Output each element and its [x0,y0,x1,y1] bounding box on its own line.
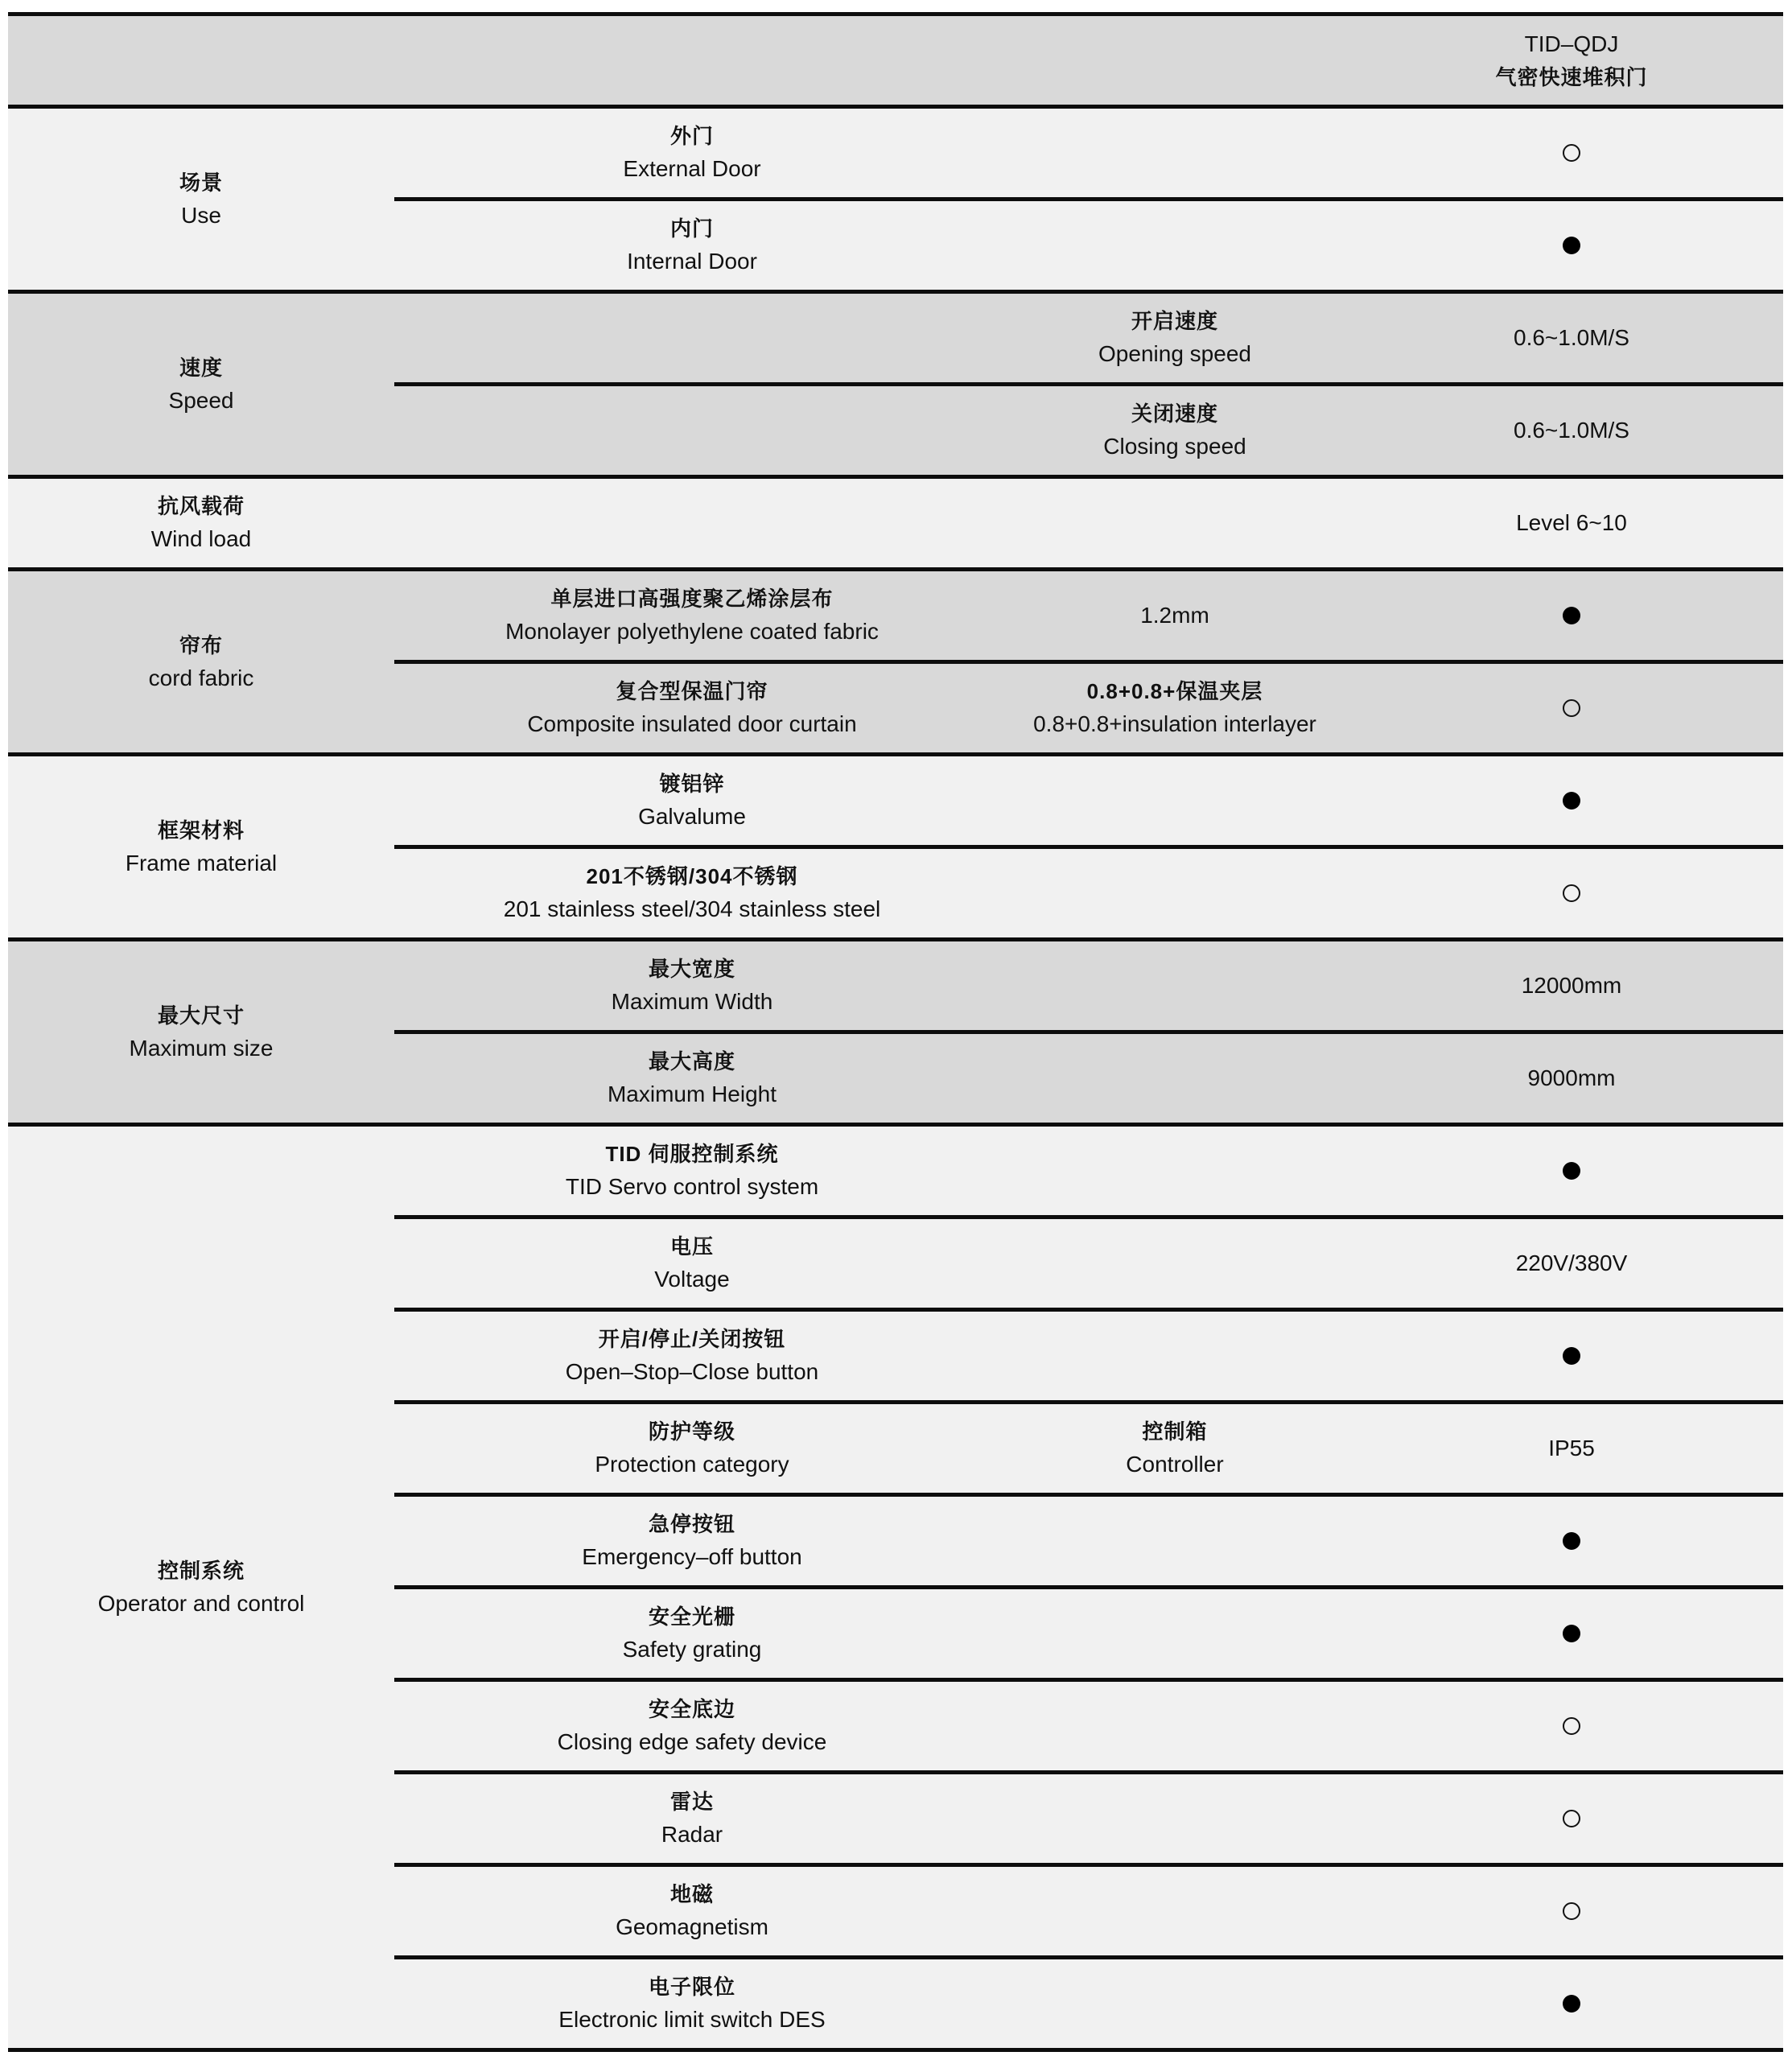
open-circle-icon [1563,144,1580,162]
item-cell: 复合型保温门帘Composite insulated door curtain [394,664,990,752]
item-cell: 201不锈钢/304不锈钢201 stainless steel/304 sta… [394,849,990,937]
category-cell: 抗风载荷Wind load [8,479,394,567]
filled-circle-icon [1563,1347,1580,1365]
item-cell: 雷达Radar [394,1774,990,1863]
sub-rows: Level 6~10 [394,479,1783,567]
value-cell [1360,1682,1783,1770]
value-cell [1360,1589,1783,1678]
spec-table: TID–QDJ 气密快速堆积门 场景Use外门External Door内门In… [8,12,1783,2052]
category-label-en: Wind load [151,522,252,556]
spec-cell [990,1034,1360,1123]
category-cell: 最大尺寸Maximum size [8,941,394,1123]
category-label-en: Frame material [126,847,277,880]
item-label-zh: 安全底边 [649,1693,735,1725]
section-operator-and-control: 控制系统Operator and controlTID 伺服控制系统TID Se… [8,1123,1783,2052]
open-circle-icon [1563,699,1580,717]
item-label-en: Composite insulated door curtain [527,707,856,741]
open-circle-icon [1563,1810,1580,1827]
sub-rows: TID 伺服控制系统TID Servo control system电压Volt… [394,1127,1783,2048]
category-label-zh: 控制系统 [158,1555,245,1587]
category-label-en: Use [181,199,221,233]
item-cell: 急停按钮Emergency–off button [394,1497,990,1585]
item-label-zh: 201不锈钢/304不锈钢 [587,860,798,892]
spec-cell [990,756,1360,845]
open-circle-icon [1563,1902,1580,1920]
value-text: 12000mm [1522,970,1622,1002]
item-cell: 外门External Door [394,109,990,197]
table-body: 场景Use外门External Door内门Internal Door速度Spe… [8,105,1783,2052]
table-row: 雷达Radar [394,1770,1783,1863]
value-cell [1360,1774,1783,1863]
table-row: 急停按钮Emergency–off button [394,1493,1783,1585]
sub-rows: 单层进口高强度聚乙烯涂层布Monolayer polyethylene coat… [394,571,1783,752]
value-cell: 220V/380V [1360,1219,1783,1308]
section-frame-material: 框架材料Frame material镀铝锌Galvalume201不锈钢/304… [8,752,1783,937]
spec-label-zh: 0.8+0.8+保温夹层 [1087,675,1263,707]
sub-rows: 外门External Door内门Internal Door [394,109,1783,290]
item-label-zh: 开启/停止/关闭按钮 [599,1323,785,1355]
item-label-zh: 防护等级 [649,1415,735,1448]
category-cell: 帘布cord fabric [8,571,394,752]
filled-circle-icon [1563,792,1580,810]
item-cell: 最大高度Maximum Height [394,1034,990,1123]
item-label-zh: 最大高度 [649,1045,735,1077]
category-label-en: Speed [169,384,234,418]
value-text: 9000mm [1528,1062,1616,1094]
item-cell: TID 伺服控制系统TID Servo control system [394,1127,990,1215]
item-cell: 开启/停止/关闭按钮Open–Stop–Close button [394,1312,990,1400]
spec-cell [990,1682,1360,1770]
filled-circle-icon [1563,1625,1580,1642]
spec-cell [990,1589,1360,1678]
item-label-zh: 电子限位 [649,1971,735,2003]
item-cell [394,386,990,475]
item-label-en: Maximum Width [612,985,773,1019]
item-label-zh: 电压 [670,1230,714,1263]
item-label-zh: 镀铝锌 [659,768,724,800]
item-label-en: Maximum Height [608,1077,777,1111]
item-label-en: Internal Door [627,245,757,278]
table-row: TID 伺服控制系统TID Servo control system [394,1127,1783,1215]
value-text: 0.6~1.0M/S [1514,322,1629,354]
item-label-zh: TID 伺服控制系统 [605,1138,778,1170]
table-row: 镀铝锌Galvalume [394,756,1783,845]
item-label-en: TID Servo control system [566,1170,818,1204]
table-row: 开启/停止/关闭按钮Open–Stop–Close button [394,1308,1783,1400]
model-code: TID–QDJ [1525,27,1619,61]
table-row: 电压Voltage220V/380V [394,1215,1783,1308]
filled-circle-icon [1563,237,1580,254]
open-circle-icon [1563,1717,1580,1735]
category-label-zh: 速度 [179,352,223,384]
model-name: 气密快速堆积门 [1495,61,1647,93]
spec-cell [990,849,1360,937]
item-label-zh: 内门 [670,212,714,245]
filled-circle-icon [1563,1995,1580,2013]
table-row: 开启速度Opening speed0.6~1.0M/S [394,294,1783,382]
item-cell: 安全底边Closing edge safety device [394,1682,990,1770]
spec-label-zh: 1.2mm [1140,599,1209,632]
value-cell [1360,664,1783,752]
filled-circle-icon [1563,607,1580,624]
item-label-zh: 急停按钮 [649,1508,735,1540]
item-cell: 最大宽度Maximum Width [394,941,990,1030]
section-cord-fabric: 帘布cord fabric单层进口高强度聚乙烯涂层布Monolayer poly… [8,567,1783,752]
spec-cell [990,479,1360,567]
item-label-zh: 外门 [670,120,714,152]
item-label-en: Emergency–off button [582,1540,801,1574]
category-cell: 控制系统Operator and control [8,1127,394,2048]
value-cell: Level 6~10 [1360,479,1783,567]
spec-cell [990,1312,1360,1400]
value-cell [1360,1312,1783,1400]
spec-label-en: 0.8+0.8+insulation interlayer [1033,707,1316,741]
filled-circle-icon [1563,1162,1580,1180]
item-label-zh: 单层进口高强度聚乙烯涂层布 [550,583,833,615]
item-label-en: Voltage [654,1263,729,1296]
category-label-zh: 框架材料 [158,814,245,847]
item-cell: 电压Voltage [394,1219,990,1308]
value-cell [1360,756,1783,845]
spec-label-zh: 控制箱 [1142,1415,1207,1448]
category-label-zh: 抗风载荷 [158,490,245,522]
value-text: 220V/380V [1516,1247,1628,1279]
item-label-en: External Door [623,152,760,186]
item-label-en: Radar [661,1818,723,1852]
spec-label-zh: 开启速度 [1131,305,1218,337]
value-cell [1360,1867,1783,1955]
item-label-zh: 地磁 [670,1878,714,1910]
model-header-cell: TID–QDJ 气密快速堆积门 [1360,16,1783,105]
sub-rows: 最大宽度Maximum Width12000mm最大高度Maximum Heig… [394,941,1783,1123]
item-label-zh: 复合型保温门帘 [616,675,768,707]
item-cell: 镀铝锌Galvalume [394,756,990,845]
value-cell: 9000mm [1360,1034,1783,1123]
value-cell [1360,109,1783,197]
spec-label-en: Closing speed [1103,430,1246,463]
item-label-en: 201 stainless steel/304 stainless steel [504,892,881,926]
category-label-zh: 最大尺寸 [158,999,245,1032]
value-cell [1360,1127,1783,1215]
spec-cell [990,1497,1360,1585]
open-circle-icon [1563,884,1580,902]
value-cell [1360,201,1783,290]
table-row: 外门External Door [394,109,1783,197]
table-row: 复合型保温门帘Composite insulated door curtain0… [394,660,1783,752]
spec-cell: 关闭速度Closing speed [990,386,1360,475]
category-cell: 速度Speed [8,294,394,475]
table-row: 内门Internal Door [394,197,1783,290]
sub-rows: 开启速度Opening speed0.6~1.0M/S关闭速度Closing s… [394,294,1783,475]
value-cell: 0.6~1.0M/S [1360,386,1783,475]
spec-cell [990,1127,1360,1215]
item-label-zh: 安全光栅 [649,1601,735,1633]
category-label-en: Maximum size [130,1032,274,1065]
table-row: 关闭速度Closing speed0.6~1.0M/S [394,382,1783,475]
item-cell [394,479,990,567]
spec-cell [990,1867,1360,1955]
spec-cell [990,109,1360,197]
table-row: 地磁Geomagnetism [394,1863,1783,1955]
item-label-en: Galvalume [638,800,746,834]
category-label-zh: 帘布 [179,629,223,661]
table-header: TID–QDJ 气密快速堆积门 [8,12,1783,105]
table-row: 201不锈钢/304不锈钢201 stainless steel/304 sta… [394,845,1783,937]
table-row: 安全光栅Safety grating [394,1585,1783,1678]
value-cell: 12000mm [1360,941,1783,1030]
spec-cell: 0.8+0.8+保温夹层0.8+0.8+insulation interlaye… [990,664,1360,752]
item-cell: 单层进口高强度聚乙烯涂层布Monolayer polyethylene coat… [394,571,990,660]
value-text: IP55 [1548,1432,1595,1465]
item-cell: 内门Internal Door [394,201,990,290]
spec-cell [990,1774,1360,1863]
spec-cell [990,1959,1360,2048]
spec-label-en: Opening speed [1098,337,1251,371]
table-row: 最大高度Maximum Height9000mm [394,1030,1783,1123]
value-cell [1360,1959,1783,2048]
item-label-en: Closing edge safety device [558,1725,827,1759]
section-maximum-size: 最大尺寸Maximum size最大宽度Maximum Width12000mm… [8,937,1783,1123]
table-row: 电子限位Electronic limit switch DES [394,1955,1783,2048]
item-label-zh: 最大宽度 [649,953,735,985]
table-row: 安全底边Closing edge safety device [394,1678,1783,1770]
table-row: Level 6~10 [394,479,1783,567]
value-text: Level 6~10 [1516,507,1627,539]
spec-cell: 1.2mm [990,571,1360,660]
spec-label-en: Controller [1126,1448,1223,1481]
item-cell: 地磁Geomagnetism [394,1867,990,1955]
spec-cell [990,1219,1360,1308]
spec-cell: 控制箱Controller [990,1404,1360,1493]
filled-circle-icon [1563,1532,1580,1550]
item-label-en: Electronic limit switch DES [558,2003,825,2037]
item-cell: 防护等级Protection category [394,1404,990,1493]
value-cell [1360,1497,1783,1585]
spec-cell [990,941,1360,1030]
spec-cell [990,201,1360,290]
item-label-en: Monolayer polyethylene coated fabric [505,615,879,649]
category-label-zh: 场景 [179,167,223,199]
item-cell [394,294,990,382]
spec-cell: 开启速度Opening speed [990,294,1360,382]
value-cell: 0.6~1.0M/S [1360,294,1783,382]
item-label-en: Open–Stop–Close button [566,1355,818,1389]
value-cell [1360,849,1783,937]
item-label-en: Geomagnetism [616,1910,768,1944]
item-cell: 安全光栅Safety grating [394,1589,990,1678]
section-speed: 速度Speed开启速度Opening speed0.6~1.0M/S关闭速度Cl… [8,290,1783,475]
category-cell: 框架材料Frame material [8,756,394,937]
item-label-en: Safety grating [623,1633,762,1667]
category-cell: 场景Use [8,109,394,290]
item-label-en: Protection category [595,1448,789,1481]
category-label-en: cord fabric [149,661,254,695]
section-use: 场景Use外门External Door内门Internal Door [8,105,1783,290]
value-cell [1360,571,1783,660]
table-row: 防护等级Protection category控制箱ControllerIP55 [394,1400,1783,1493]
table-row: 最大宽度Maximum Width12000mm [394,941,1783,1030]
item-cell: 电子限位Electronic limit switch DES [394,1959,990,2048]
spec-label-zh: 关闭速度 [1131,398,1218,430]
value-text: 0.6~1.0M/S [1514,414,1629,447]
table-row: 单层进口高强度聚乙烯涂层布Monolayer polyethylene coat… [394,571,1783,660]
item-label-zh: 雷达 [670,1786,714,1818]
value-cell: IP55 [1360,1404,1783,1493]
section-wind-load: 抗风载荷Wind loadLevel 6~10 [8,475,1783,567]
sub-rows: 镀铝锌Galvalume201不锈钢/304不锈钢201 stainless s… [394,756,1783,937]
category-label-en: Operator and control [98,1587,305,1621]
